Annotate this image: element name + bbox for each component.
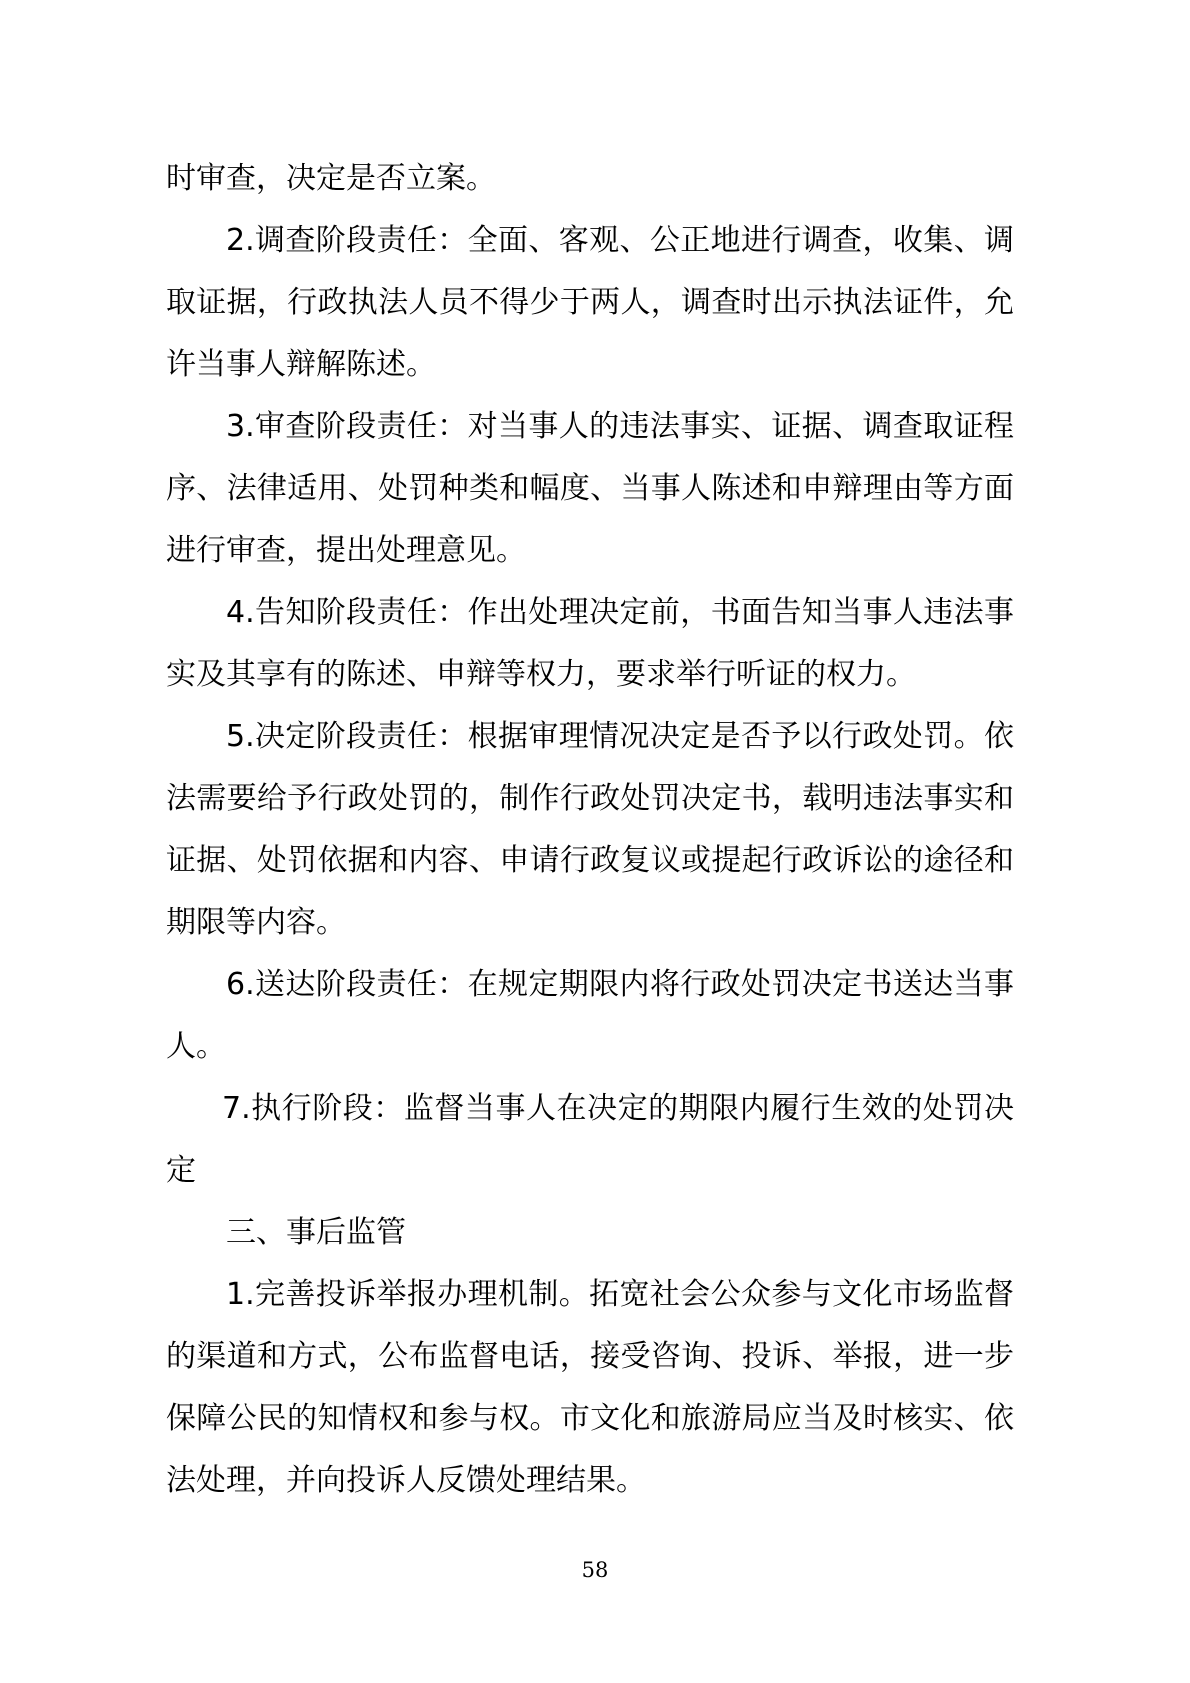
paragraph-line: 期限等内容。 — [166, 892, 1014, 954]
paragraph-line: 进行审查，提出处理意见。 — [166, 520, 1014, 582]
paragraph-line: 1.完善投诉举报办理机制。拓宽社会公众参与文化市场监督 — [166, 1264, 1014, 1326]
page-number: 58 — [0, 1558, 1190, 1582]
paragraph-line: 人。 — [166, 1016, 1014, 1078]
paragraph-line: 时审查，决定是否立案。 — [166, 148, 1014, 210]
paragraph-line: 的渠道和方式，公布监督电话，接受咨询、投诉、举报，进一步 — [166, 1326, 1014, 1388]
paragraph-line: 实及其享有的陈述、申辩等权力，要求举行听证的权力。 — [166, 644, 1014, 706]
paragraph-line: 2.调查阶段责任：全面、客观、公正地进行调查，收集、调 — [166, 210, 1014, 272]
paragraph-line: 3.审查阶段责任：对当事人的违法事实、证据、调查取证程 — [166, 396, 1014, 458]
paragraph-line: 保障公民的知情权和参与权。市文化和旅游局应当及时核实、依 — [166, 1388, 1014, 1450]
paragraph-line: 4.告知阶段责任：作出处理决定前，书面告知当事人违法事 — [166, 582, 1014, 644]
paragraph-line: 5.决定阶段责任：根据审理情况决定是否予以行政处罚。依 — [166, 706, 1014, 768]
paragraph-line: 证据、处罚依据和内容、申请行政复议或提起行政诉讼的途径和 — [166, 830, 1014, 892]
paragraph-line: 法需要给予行政处罚的，制作行政处罚决定书，载明违法事实和 — [166, 768, 1014, 830]
section-heading: 三、事后监管 — [166, 1202, 1014, 1264]
paragraph-line: 许当事人辩解陈述。 — [166, 334, 1014, 396]
document-page: 时审查，决定是否立案。 2.调查阶段责任：全面、客观、公正地进行调查，收集、调 … — [0, 0, 1190, 1683]
paragraph-line: 7.执行阶段：监督当事人在决定的期限内履行生效的处罚决 — [166, 1078, 1014, 1140]
paragraph-line: 取证据，行政执法人员不得少于两人，调查时出示执法证件，允 — [166, 272, 1014, 334]
paragraph-line: 6.送达阶段责任：在规定期限内将行政处罚决定书送达当事 — [166, 954, 1014, 1016]
paragraph-line: 定 — [166, 1140, 1014, 1202]
document-body: 时审查，决定是否立案。 2.调查阶段责任：全面、客观、公正地进行调查，收集、调 … — [166, 148, 1014, 1512]
paragraph-line: 序、法律适用、处罚种类和幅度、当事人陈述和申辩理由等方面 — [166, 458, 1014, 520]
paragraph-line: 法处理，并向投诉人反馈处理结果。 — [166, 1450, 1014, 1512]
